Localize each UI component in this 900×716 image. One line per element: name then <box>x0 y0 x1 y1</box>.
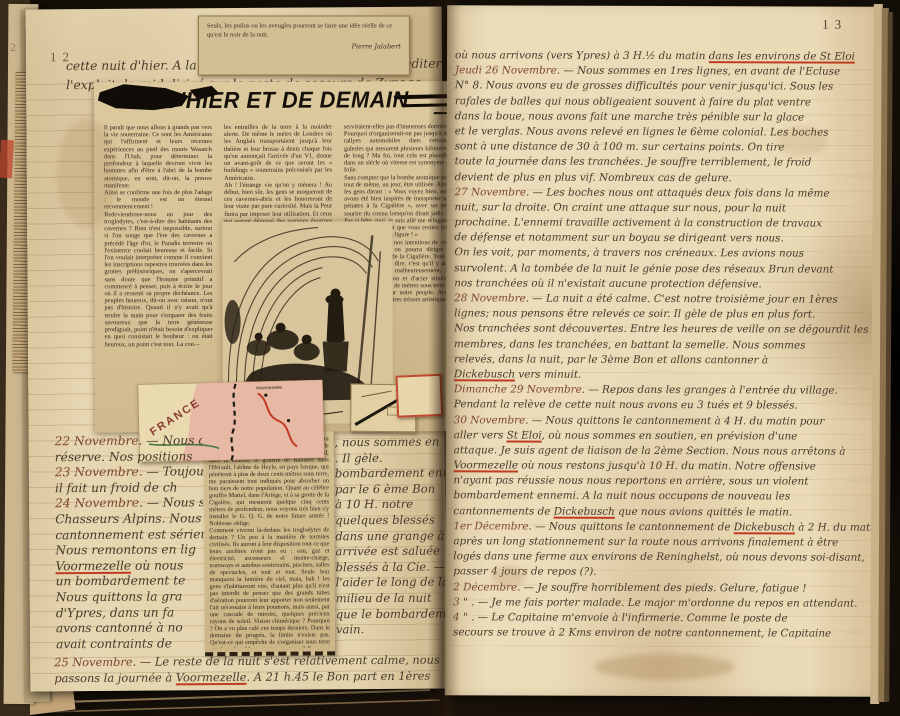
handwriting-line: nuit, sur la droite. On craint une attaq… <box>454 201 874 218</box>
handwriting-line: aller vers St Eloi, où nous sommes en so… <box>454 429 874 446</box>
handwriting-line: 4 " . — Le Capitaine m'envoie à l'infirm… <box>453 611 873 628</box>
handwriting-line: Chasseurs Alpins. Nous <box>55 511 203 528</box>
handwriting-line: 23 Novembre. — Toujours <box>55 464 203 481</box>
clipping-strip-text: puits de Padirac, profond de cent mètres… <box>209 435 330 648</box>
handwriting-line: avait contraints de <box>56 636 204 653</box>
newspaper-clipping-strip: puits de Padirac, profond de cent mètres… <box>204 431 336 656</box>
handwriting-line: Nous quittons la gra <box>56 589 204 606</box>
handwriting-line: 22 Novembre. — Nous oc <box>55 433 203 450</box>
handwriting-line: 1er Décembre. — Nous quittons le cantonn… <box>453 520 873 537</box>
handwriting-line: devient de plus en plus vif. Nombreux ca… <box>455 171 875 188</box>
quote-clipping: Seuls, les poilus ou les aveugles pourro… <box>198 16 410 76</box>
handwriting-line: survolent. A la tombée de la nuit le gén… <box>454 262 874 279</box>
handwriting-line: passons la journée à Voormezelle. A 21 h… <box>54 669 446 688</box>
handwriting-line: Voormezelle où nous <box>55 558 203 575</box>
handwriting-line: On les voit, par moments, à travers nos … <box>454 247 874 264</box>
book-gutter-shadow <box>428 0 460 716</box>
handwriting-line: nos tranchées où il n'existait aucune pr… <box>454 277 874 294</box>
handwriting-line: relevés, dans la nuit, par le 3ème Bon e… <box>454 353 874 370</box>
handwriting-line: où nous arrivons (vers Ypres) à 3 H.½ du… <box>455 49 875 66</box>
handwriting-line: d'Ypres, dans un fa <box>56 605 204 622</box>
handwriting-line: membres, dans les tranchées, en battant … <box>454 338 874 355</box>
handwriting-line: prochaine. L'ennemi travaille activement… <box>454 216 874 233</box>
quote-signature: Pierre Jalabert <box>207 42 401 50</box>
handwriting-line: Nos tranchées sont découvertes. Entre le… <box>454 323 874 340</box>
handwriting-line: 3 " . — Je me fais porter malade. Le maj… <box>453 596 873 613</box>
handwriting-line: après un long stationnement sur la route… <box>453 535 873 552</box>
handwriting-line: 27 Novembre. — Les boches nous ont attaq… <box>455 186 875 203</box>
handwriting-line: 24 Novembre. — Nous so <box>55 496 203 513</box>
underlying-page-number: 2 <box>10 40 16 55</box>
handwriting-line: attaque. Je suis agent de liaison de la … <box>454 444 874 461</box>
handwriting-line: rafales de balles qui nous obligeaient s… <box>455 95 875 112</box>
diary-entries-bottom: 25 Novembre. — Le reste de la nuit s'est… <box>54 653 446 688</box>
paper-stain <box>491 565 525 587</box>
handwriting-line: Voormezelle où nous restons jusqu'à 10 H… <box>454 459 874 476</box>
handwriting-line: cantonnement est sérieu <box>55 527 203 544</box>
right-page: 13 où nous arrivons (vers Ypres) à 3 H.½… <box>445 5 875 696</box>
handwriting-line: Dickebusch vers minuit. <box>454 368 874 385</box>
handwriting-line: lignes; nous pensons être relevés ce soi… <box>454 307 874 324</box>
handwriting-line: dans la boue, nous avons fait une marche… <box>455 110 875 127</box>
handwriting-line: Dimanche 29 Novembre. — Repos dans les g… <box>454 383 874 400</box>
handwriting-line: Pendant la relève de cette nuit nous avo… <box>454 399 874 416</box>
handwriting-line: 28 Novembre. — La nuit a été calme. C'es… <box>454 292 874 309</box>
handwriting-line: logés dans une ferme aux environs de Ren… <box>453 550 873 567</box>
handwriting-line: avons cantonné à no <box>56 620 204 637</box>
clipping-column-1: Il paraît que nous allons à grands pas v… <box>104 124 213 426</box>
handwriting-line: Nous remontons en lig <box>55 542 203 559</box>
handwriting-line: cantonnements de Dickebusch que nous avi… <box>453 505 873 522</box>
handwriting-line: de défense et notamment sur un boyau se … <box>454 232 874 249</box>
quote-text: Seuls, les poilus ou les aveugles pourro… <box>207 23 401 41</box>
handwriting-line: réserve. Nos positions <box>55 449 203 466</box>
handwriting-line: il fait un froid de ch <box>55 480 203 497</box>
handwriting-line: bombardement ennemi. A la nuit nous occu… <box>453 490 873 507</box>
paper-stain <box>595 654 735 680</box>
handwriting-line: n'ayant pas réussie nous nous reportons … <box>454 475 874 492</box>
paper-stain <box>777 126 827 156</box>
diary-entries-left-column: 22 Novembre. — Nous ocréserve. Nos posit… <box>55 433 205 652</box>
handwriting-line: secours se trouve à 2 Kms environ de not… <box>453 626 873 643</box>
handwriting-line: toute la journée dans les tranchées. Je … <box>455 156 875 173</box>
handwriting-line: N° 8. Nous avons eu de grosses difficult… <box>455 80 875 97</box>
left-page: 12 cette nuit d'hier. A la tombée de la … <box>26 7 447 692</box>
page-number-right: 13 <box>822 17 847 33</box>
red-paper-sliver <box>0 140 14 179</box>
map-town-label: Voormezeele <box>256 385 283 391</box>
ink-smear <box>94 81 462 122</box>
paper-stain <box>56 119 117 229</box>
handwriting-line: Jeudi 26 Novembre. — Nous sommes en 1res… <box>455 64 875 81</box>
handwriting-line: 30 Novembre. — Nous quittons le cantonne… <box>454 414 874 431</box>
handwriting-line: un bombardement te <box>56 574 204 591</box>
